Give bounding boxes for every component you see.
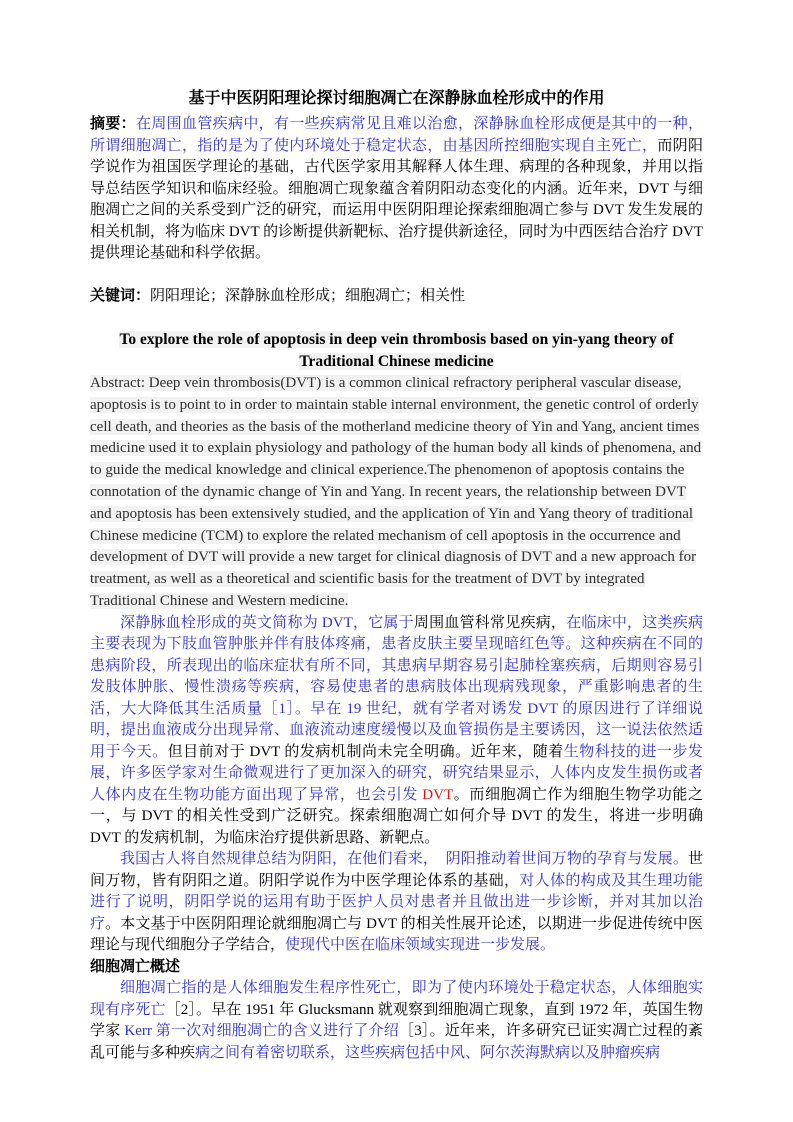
paper-title-chinese: 基于中医阴阳理论探讨细胞凋亡在深静脉血栓形成中的作用	[90, 88, 703, 110]
blank-line	[90, 265, 703, 287]
paragraph-apoptosis-definition: 细胞凋亡指的是人体细胞发生程序性死亡，即为了使内环境处于稳定状态，人体细胞实现有…	[90, 978, 703, 1064]
document-page: 基于中医阴阳理论探讨细胞凋亡在深静脉血栓形成中的作用 摘要：在周围血管疾病中，有…	[0, 0, 793, 1122]
keywords-label: 关键词：	[90, 288, 150, 304]
abstract-english: Abstract: Deep vein thrombosis(DVT) is a…	[90, 373, 703, 613]
abstract-label: 摘要：	[90, 116, 136, 132]
paper-title-english-text: To explore the role of apoptosis in deep…	[119, 331, 673, 370]
paragraph-yinyang-theory: 我国古人将自然规律总结为阴阳，在他们看来， 阴阳推动着世间万物的孕育与发展。世间…	[90, 849, 703, 957]
text-segment: 在周围血管疾病中，有一些疾病常见且难以治愈，深静脉血栓形成便是其中的一种，所谓细…	[90, 116, 703, 154]
text-segment: DVT	[422, 787, 453, 803]
abstract-chinese-text: 在周围血管疾病中，有一些疾病常见且难以治愈，深静脉血栓形成便是其中的一种，所谓细…	[90, 116, 703, 261]
keywords-text: 阴阳理论；深静脉血栓形成；细胞凋亡；相关性	[150, 288, 465, 304]
text-segment: 但目前对于 DVT 的发病机制尚未完全明确。近年来，随着	[168, 744, 564, 760]
text-segment: 我国古人将自然规律总结为阴阳，在他们看来， 阴阳推动着世间万物的孕育与发展。	[120, 851, 688, 867]
text-segment: 在临床中，这类疾病主要表现为下肢血管肿胀并伴有肢体疼痛，患者皮肤主要呈现暗红色等…	[90, 615, 703, 760]
paragraph-dvt-intro: 深静脉血栓形成的英文简称为 DVT，它属于周围血管科常见疾病，在临床中，这类疾病…	[90, 613, 703, 850]
text-segment: 周围血管科常见疾病，	[414, 615, 566, 631]
text-segment: 病之间有着密切联系，这些疾病包括中风、阿尔茨海默病以及肿瘤疾病	[195, 1045, 660, 1061]
blank-line	[90, 308, 703, 330]
keywords-line: 关键词：阴阳理论；深静脉血栓形成；细胞凋亡；相关性	[90, 286, 703, 308]
abstract-chinese: 摘要：在周围血管疾病中，有一些疾病常见且难以治愈，深静脉血栓形成便是其中的一种，…	[90, 114, 703, 265]
abstract-english-text: Abstract: Deep vein thrombosis(DVT) is a…	[90, 375, 701, 609]
text-segment: 使现代中医在临床领域实现进一步发展。	[285, 937, 555, 953]
text-segment: 深静脉血栓形成的英文简称为 DVT，它属于	[120, 615, 414, 631]
text-segment: 而阴阳学说作为祖国医学理论的基础，古代医学家用其解释人体生理、病理的各种现象，并…	[90, 138, 703, 262]
text-segment: Kerr 第一次对细胞凋亡的含义进行了介绍	[124, 1023, 399, 1039]
section-heading-apoptosis-overview: 细胞凋亡概述	[90, 957, 703, 979]
paper-title-english: To explore the role of apoptosis in deep…	[90, 329, 703, 373]
